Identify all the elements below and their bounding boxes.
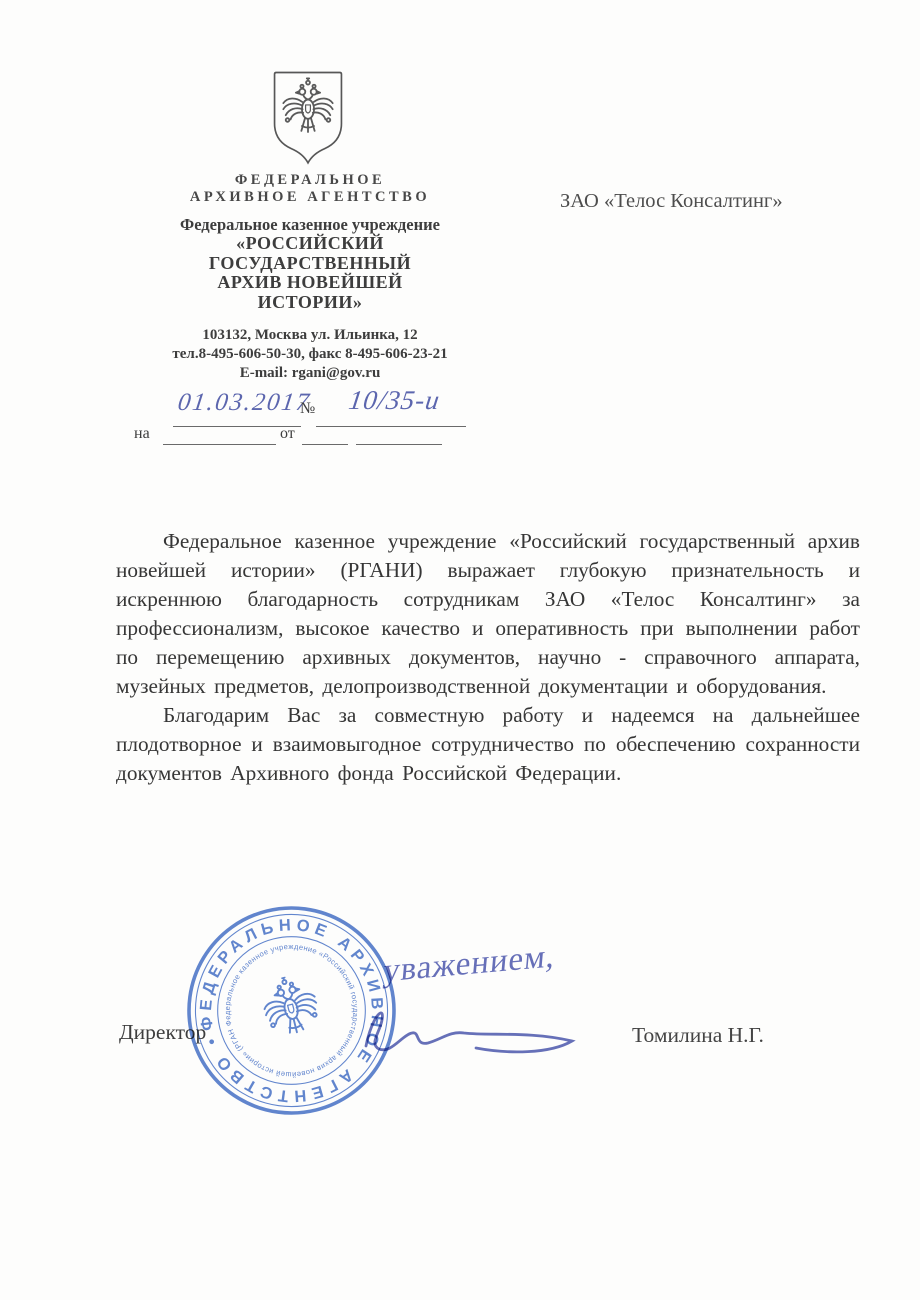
org-name-line: ГОСУДАРСТВЕННЫЙ: [115, 254, 505, 274]
handwritten-number: 10/35-и: [346, 385, 441, 416]
body-paragraph-2: Благодарим Вас за совместную работу и на…: [116, 701, 860, 788]
ot-label: от: [280, 425, 295, 443]
address-email: E-mail: rgani@gov.ru: [115, 364, 505, 383]
svg-text:ФЕДЕРАЛЬНОЕ АРХИВНОЕ АГЕНТСТВО: ФЕДЕРАЛЬНОЕ АРХИВНОЕ АГЕНТСТВО •: [184, 903, 399, 1118]
address-street: 103132, Москва ул. Ильинка, 12: [115, 326, 505, 345]
org-name-line: АРХИВ НОВЕЙШЕЙ: [115, 273, 505, 293]
handwritten-closing: уважением,: [382, 938, 557, 989]
recipient-name: ЗАО «Телос Консалтинг»: [560, 190, 870, 213]
stamp-outer-text: ФЕДЕРАЛЬНОЕ АРХИВНОЕ АГЕНТСТВО •: [184, 903, 399, 1118]
na-blank-underline: [163, 444, 276, 445]
agency-name: ФЕДЕРАЛЬНОЕ АРХИВНОЕ АГЕНТСТВО: [115, 172, 505, 205]
org-name: «РОССИЙСКИЙ ГОСУДАРСТВЕННЫЙ АРХИВ НОВЕЙШ…: [115, 234, 505, 312]
emblem-shield-frame: [275, 73, 342, 163]
scanned-letter-page: ФЕДЕРАЛЬНОЕ АРХИВНОЕ АГЕНТСТВО Федеральн…: [0, 0, 920, 1300]
coat-of-arms-emblem: [266, 70, 350, 167]
org-name-line: ИСТОРИИ»: [115, 293, 505, 313]
na-label: на: [134, 425, 150, 443]
double-headed-eagle-icon: [283, 77, 332, 132]
ot-blank-underline: [302, 444, 348, 445]
address-block: 103132, Москва ул. Ильинка, 12 тел.8-495…: [115, 326, 505, 383]
number-underline: [316, 426, 466, 427]
org-type: Федеральное казенное учреждение: [115, 215, 505, 235]
address-phone-fax: тел.8-495-606-50-30, факс 8-495-606-23-2…: [115, 345, 505, 364]
letter-body: Федеральное казенное учреждение «Российс…: [116, 527, 860, 788]
ot-blank-underline2: [356, 444, 442, 445]
body-paragraph-1: Федеральное казенное учреждение «Российс…: [116, 527, 860, 701]
org-name-line: «РОССИЙСКИЙ: [115, 234, 505, 254]
agency-name-line2: АРХИВНОЕ АГЕНТСТВО: [115, 189, 505, 206]
stamp-eagle-icon: [258, 970, 322, 1038]
official-round-stamp: ФЕДЕРАЛЬНОЕ АРХИВНОЕ АГЕНТСТВО • Федерал…: [184, 903, 399, 1118]
signer-name: Томилина Н.Г.: [632, 1023, 764, 1048]
number-sign: №: [300, 400, 315, 418]
agency-name-line1: ФЕДЕРАЛЬНОЕ: [115, 172, 505, 189]
handwritten-date: 01.03.2017: [176, 389, 312, 417]
